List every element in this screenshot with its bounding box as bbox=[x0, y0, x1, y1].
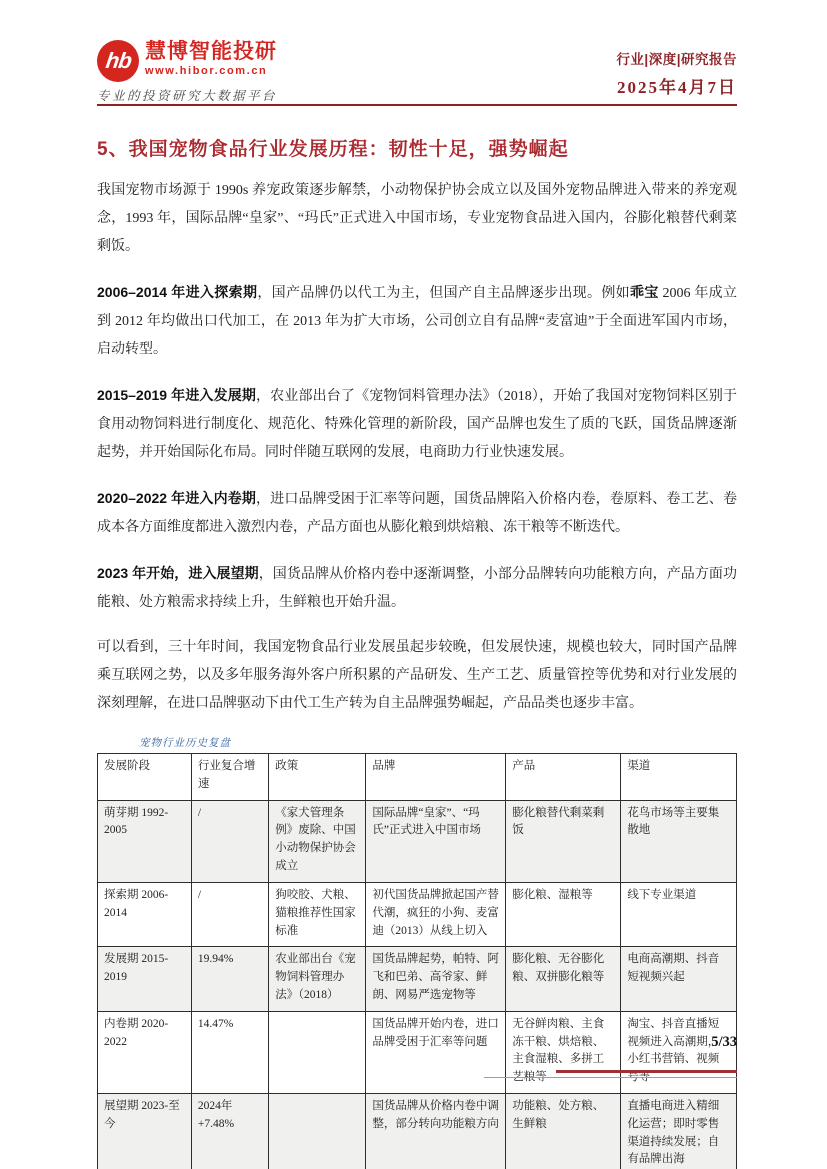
table-header-row: 发展阶段行业复合增速政策品牌产品渠道 bbox=[98, 754, 737, 801]
body-paragraph: 2020–2022 年进入内卷期，进口品牌受困于汇率等问题，国货品牌陷入价格内卷… bbox=[97, 484, 737, 542]
table-cell: 电商高潮期、抖音短视频兴起 bbox=[621, 947, 737, 1011]
paragraph-lead: 2023 年开始，进入展望期 bbox=[97, 565, 259, 581]
table-header-cell: 行业复合增速 bbox=[191, 754, 268, 801]
industry-history-table: 发展阶段行业复合增速政策品牌产品渠道萌芽期 1992-2005/《家犬管理条例》… bbox=[97, 753, 737, 1169]
table-cell: 花鸟市场等主要集散地 bbox=[621, 800, 737, 882]
table-cell: 探索期 2006-2014 bbox=[98, 882, 192, 946]
paragraph-lead: 2006–2014 年进入探索期 bbox=[97, 284, 257, 300]
report-date: 2025年4月7日 bbox=[616, 73, 737, 98]
hibor-logo-icon: hb bbox=[97, 40, 139, 82]
table-header-cell: 政策 bbox=[269, 754, 366, 801]
publisher-logo-block: hb 慧博智能投研 www.hibor.com.cn 专业的投资研究大数据平台 bbox=[97, 40, 277, 104]
table-cell: 萌芽期 1992-2005 bbox=[98, 800, 192, 882]
body-paragraph: 2006–2014 年进入探索期，国产品牌仍以代工为主，但国产自主品牌逐步出现。… bbox=[97, 278, 737, 364]
table-row: 展望期 2023-至今2024年 +7.48%国货品牌从价格内卷中调整，部分转向… bbox=[98, 1094, 737, 1169]
brand-url: www.hibor.com.cn bbox=[145, 65, 277, 77]
logo-monogram: hb bbox=[104, 48, 133, 74]
table-cell: 无谷鲜肉粮、主食冻干粮、烘焙粮、主食湿粮、多拼工艺粮等 bbox=[506, 1011, 621, 1093]
table-cell: 初代国货品牌掀起国产替代潮，疯狂的小狗、麦富迪（2013）从线上切入 bbox=[366, 882, 506, 946]
paragraph-lead: 乖宝 bbox=[630, 284, 659, 300]
report-page: hb 慧博智能投研 www.hibor.com.cn 专业的投资研究大数据平台 … bbox=[0, 0, 827, 1169]
table-cell: 淘宝、抖音直播短视频进入高潮期，小红书营销、视频号等 bbox=[621, 1011, 737, 1093]
table-cell: 2024年 +7.48% bbox=[191, 1094, 268, 1169]
header-right: 行业|深度|研究报告 2025年4月7日 bbox=[616, 48, 737, 98]
table-cell: 展望期 2023-至今 bbox=[98, 1094, 192, 1169]
table-cell: 狗咬胶、犬粮、猫粮推荐性国家标准 bbox=[269, 882, 366, 946]
paragraph-text: 可以看到，三十年时间，我国宠物食品行业发展虽起步较晚，但发展快速，规模也较大，同… bbox=[97, 640, 737, 711]
table-cell: 19.94% bbox=[191, 947, 268, 1011]
body-paragraph: 2023 年开始，进入展望期，国货品牌从价格内卷中逐渐调整，小部分品牌转向功能粮… bbox=[97, 559, 737, 617]
brand-name: 慧博智能投研 bbox=[145, 40, 277, 64]
article-body: 5、我国宠物食品行业发展历程：韧性十足，强势崛起 我国宠物市场源于 1990s … bbox=[97, 130, 737, 1169]
report-category: 行业|深度|研究报告 bbox=[616, 48, 737, 68]
table-header-cell: 发展阶段 bbox=[98, 754, 192, 801]
table-row: 探索期 2006-2014/狗咬胶、犬粮、猫粮推荐性国家标准初代国货品牌掀起国产… bbox=[98, 882, 737, 946]
table-cell bbox=[269, 1011, 366, 1093]
body-paragraph: 可以看到，三十年时间，我国宠物食品行业发展虽起步较晚，但发展快速，规模也较大，同… bbox=[97, 634, 737, 718]
table-row: 内卷期 2020-202214.47%国货品牌开始内卷，进口品牌受困于汇率等问题… bbox=[98, 1011, 737, 1093]
page-number: 5/33 bbox=[711, 1034, 737, 1051]
body-paragraph: 我国宠物市场源于 1990s 养宠政策逐步解禁，小动物保护协会成立以及国外宠物品… bbox=[97, 177, 737, 261]
table-cell: 内卷期 2020-2022 bbox=[98, 1011, 192, 1093]
table-cell: 线下专业渠道 bbox=[621, 882, 737, 946]
table-cell: 国货品牌从价格内卷中调整，部分转向功能粮方向 bbox=[366, 1094, 506, 1169]
table-cell: / bbox=[191, 800, 268, 882]
paragraph-list: 我国宠物市场源于 1990s 养宠政策逐步解禁，小动物保护协会成立以及国外宠物品… bbox=[97, 177, 737, 718]
table-cell: / bbox=[191, 882, 268, 946]
table-caption: 宠物行业历史复盘 bbox=[139, 735, 737, 750]
table-header-cell: 产品 bbox=[506, 754, 621, 801]
paragraph-text: ，国产品牌仍以代工为主，但国产自主品牌逐步出现。例如 bbox=[257, 286, 630, 301]
table-cell: 直播电商进入精细化运营；即时零售渠道持续发展；自有品牌出海 bbox=[621, 1094, 737, 1169]
section-title: 5、我国宠物食品行业发展历程：韧性十足，强势崛起 bbox=[97, 134, 737, 161]
table-cell: 功能粮、处方粮、生鲜粮 bbox=[506, 1094, 621, 1169]
table-header-cell: 品牌 bbox=[366, 754, 506, 801]
paragraph-lead: 2015–2019 年进入发展期 bbox=[97, 387, 256, 403]
table-header-cell: 渠道 bbox=[621, 754, 737, 801]
table-cell: 膨化粮、湿粮等 bbox=[506, 882, 621, 946]
table-row: 萌芽期 1992-2005/《家犬管理条例》废除、中国小动物保护协会成立国际品牌… bbox=[98, 800, 737, 882]
header-divider bbox=[97, 104, 737, 106]
table-cell: 国货品牌起势，帕特、阿飞和巴弟、高爷家、鲜朗、网易严选宠物等 bbox=[366, 947, 506, 1011]
footer-line-thin bbox=[484, 1077, 737, 1078]
footer-line-thick bbox=[556, 1070, 737, 1073]
table-cell: 国际品牌“皇家”、“玛氏”正式进入中国市场 bbox=[366, 800, 506, 882]
table-cell: 《家犬管理条例》废除、中国小动物保护协会成立 bbox=[269, 800, 366, 882]
table-row: 发展期 2015-201919.94%农业部出台《宠物饲料管理办法》（2018）… bbox=[98, 947, 737, 1011]
table-cell: 14.47% bbox=[191, 1011, 268, 1093]
table-cell: 发展期 2015-2019 bbox=[98, 947, 192, 1011]
paragraph-lead: 2020–2022 年进入内卷期 bbox=[97, 490, 256, 506]
brand-tagline: 专业的投资研究大数据平台 bbox=[97, 86, 277, 104]
paragraph-text: 我国宠物市场源于 1990s 养宠政策逐步解禁，小动物保护协会成立以及国外宠物品… bbox=[97, 183, 737, 254]
table-cell bbox=[269, 1094, 366, 1169]
table-cell: 国货品牌开始内卷，进口品牌受困于汇率等问题 bbox=[366, 1011, 506, 1093]
body-paragraph: 2015–2019 年进入发展期，农业部出台了《宠物饲料管理办法》（2018），… bbox=[97, 381, 737, 467]
table-cell: 膨化粮、无谷膨化粮、双拼膨化粮等 bbox=[506, 947, 621, 1011]
table-cell: 农业部出台《宠物饲料管理办法》（2018） bbox=[269, 947, 366, 1011]
table-cell: 膨化粮替代剩菜剩饭 bbox=[506, 800, 621, 882]
